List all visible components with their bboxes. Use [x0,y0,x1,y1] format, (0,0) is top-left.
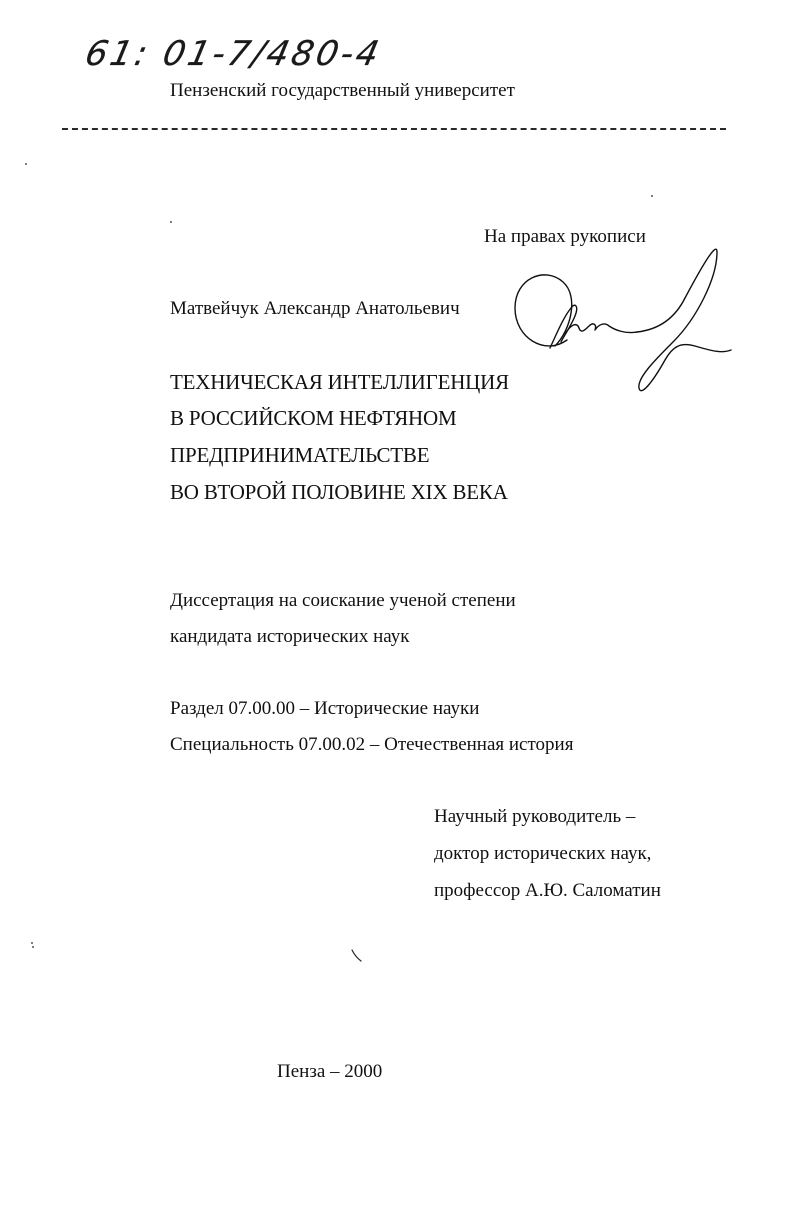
thesis-title-line-2: В РОССИЙСКОМ НЕФТЯНОМ [170,406,456,430]
degree-line-2: кандидата исторических наук [170,626,409,648]
scan-speck [31,942,33,944]
scan-speck [170,221,172,223]
section-code: Раздел 07.00.00 – Исторические науки [170,698,479,720]
handwritten-catalog-code: 61: 01-7/480-4 [82,34,385,74]
supervisor-line-3: профессор А.Ю. Саломатин [434,880,661,902]
degree-line-1: Диссертация на соискание ученой степени [170,590,516,612]
supervisor-line-1: Научный руководитель – [434,806,635,828]
author-name: Матвейчук Александр Анатольевич [170,298,460,320]
scan-speck [25,163,27,165]
place-and-year: Пенза – 2000 [277,1061,382,1083]
thesis-title-line-1: ТЕХНИЧЕСКАЯ ИНТЕЛЛИГЕНЦИЯ [170,370,509,394]
scan-speck [32,946,34,948]
supervisor-line-2: доктор исторических наук, [434,843,651,865]
scan-speck [651,195,653,197]
thesis-title-line-3: ПРЕДПРИНИМАТЕЛЬСТВЕ [170,443,429,467]
thesis-title-line-4: ВО ВТОРОЙ ПОЛОВИНЕ XIX ВЕКА [170,480,508,504]
signature-icon [505,238,735,398]
institution-name: Пензенский государственный университет [170,80,515,102]
pen-mark-icon [350,948,364,964]
specialty-code: Специальность 07.00.02 – Отечественная и… [170,734,573,756]
dashed-separator [62,128,726,130]
